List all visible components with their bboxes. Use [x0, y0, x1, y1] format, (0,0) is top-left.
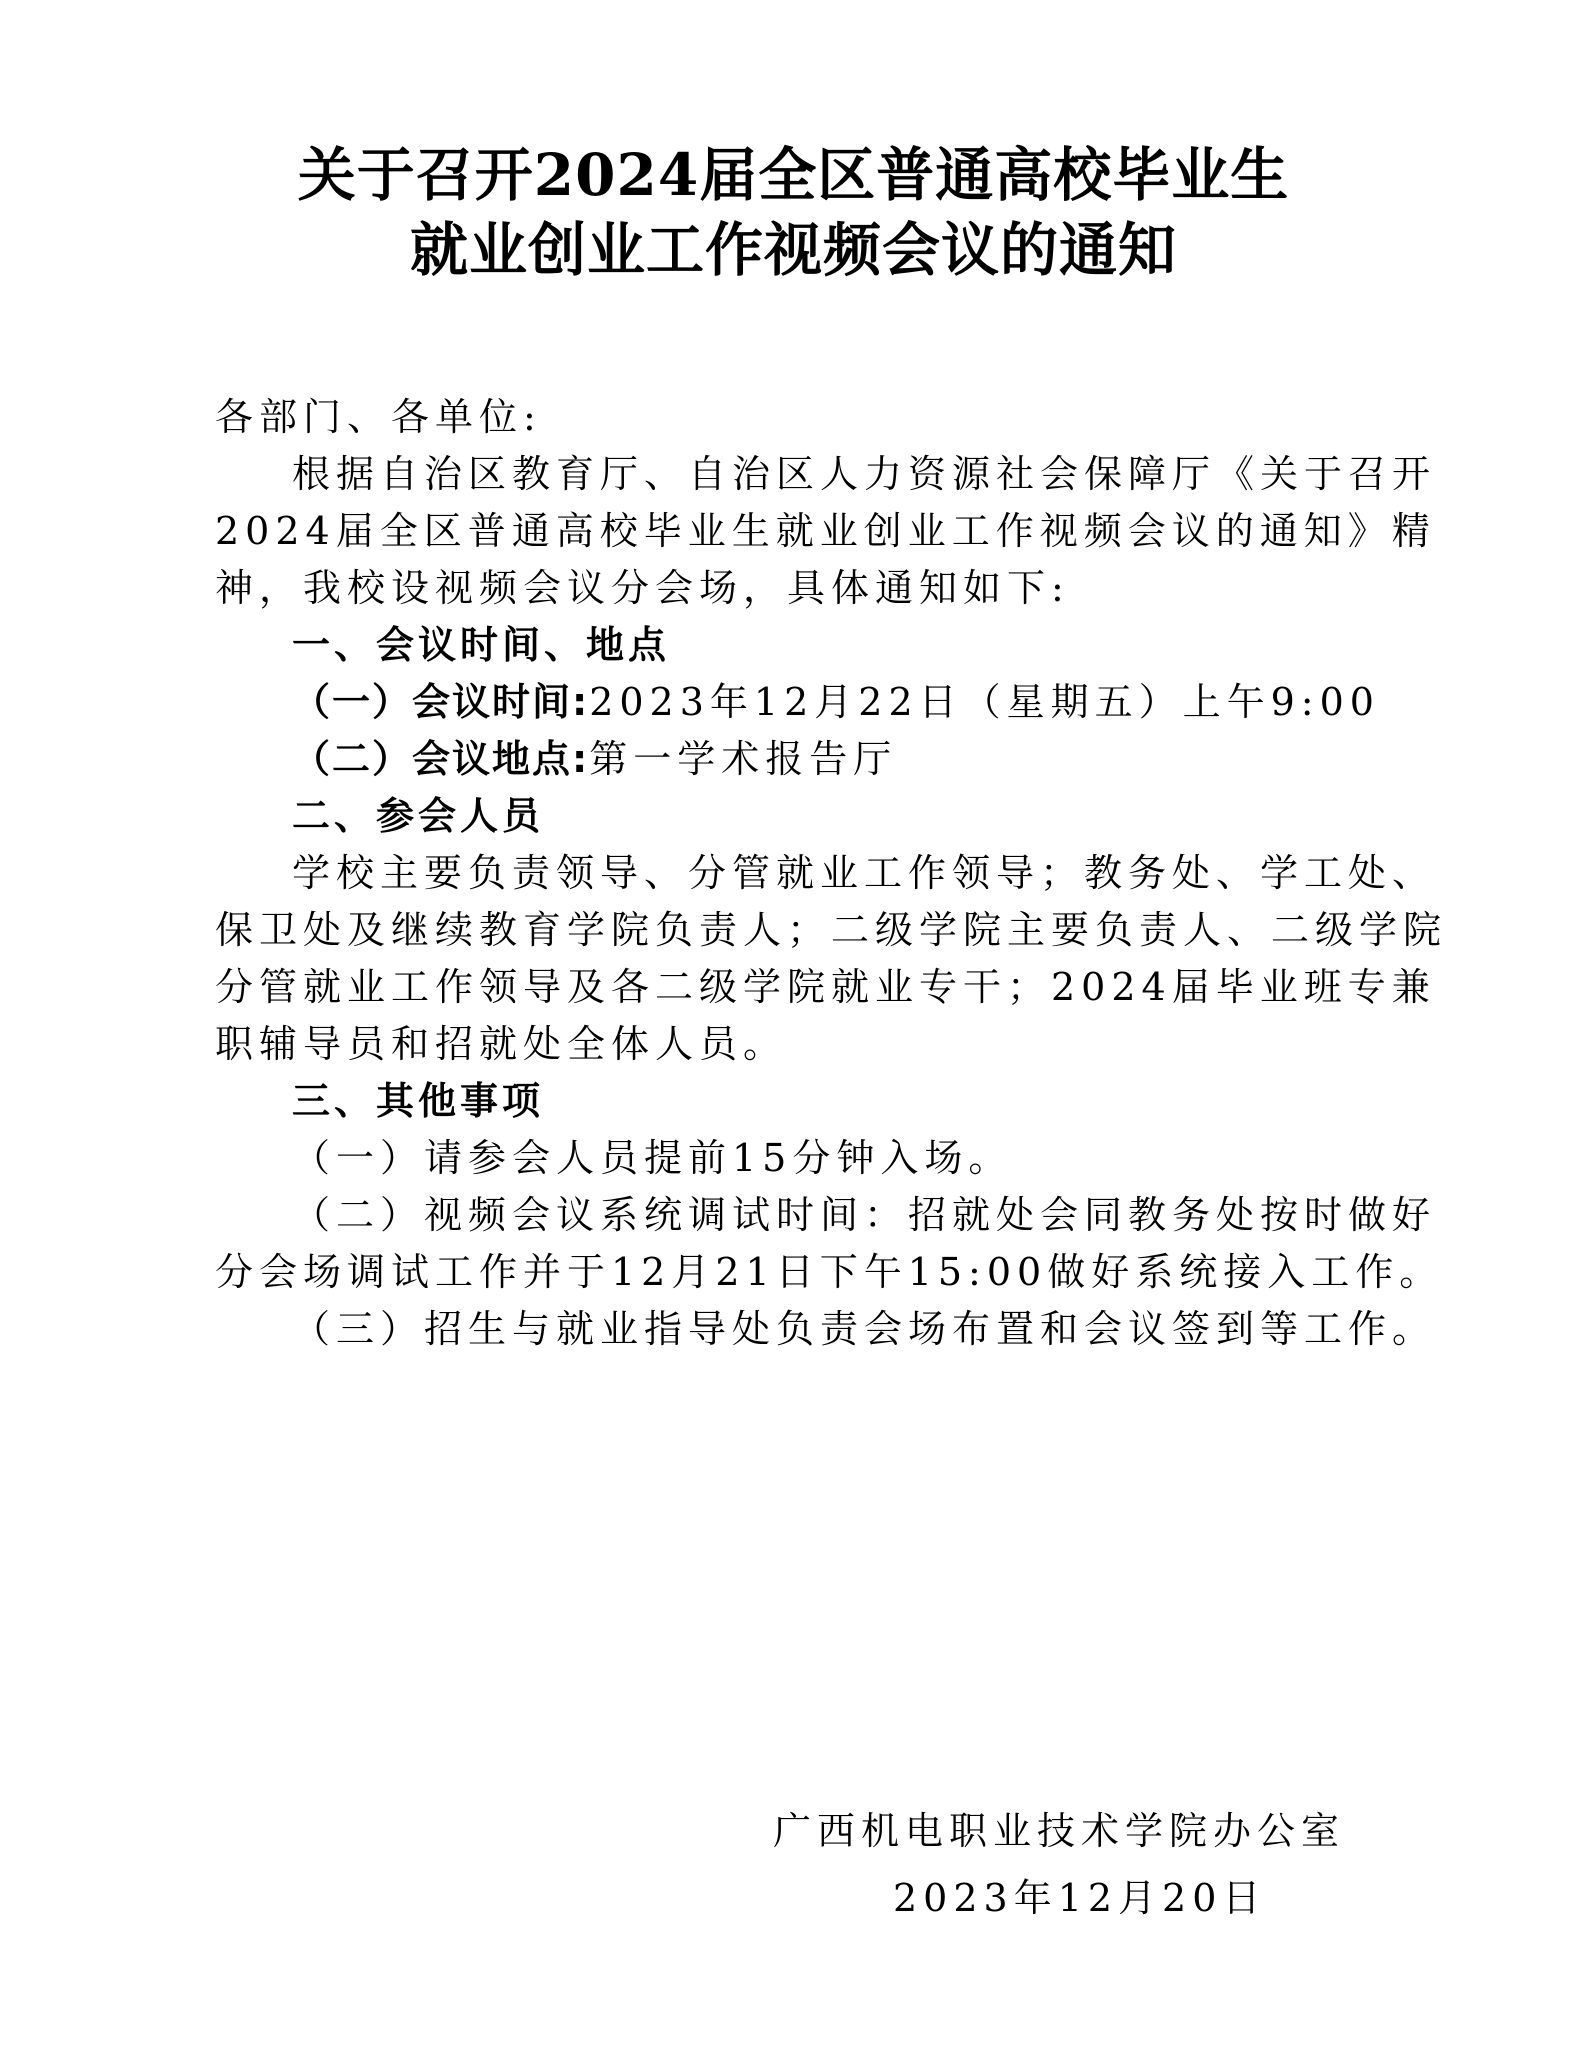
- document-title-line-2: 就业创业工作视频会议的通知: [0, 212, 1587, 288]
- section-2-heading: 二、参会人员: [292, 791, 1402, 841]
- section-1-heading: 一、会议时间、地点: [292, 620, 1402, 670]
- intro-line-1: 根据自治区教育厅、自治区人力资源社会保障厅《关于召开: [292, 449, 1402, 499]
- other-item-2-line-2: 分会场调试工作并于12月21日下午15:00做好系统接入工作。: [215, 1247, 1395, 1297]
- meeting-location-label: （二）会议地点:: [292, 737, 589, 781]
- other-item-1: （一）请参会人员提前15分钟入场。: [292, 1133, 1402, 1183]
- issue-date: 2023年12月20日: [893, 1873, 1266, 1923]
- attendees-line-1: 学校主要负责领导、分管就业工作领导；教务处、学工处、: [292, 848, 1402, 898]
- document-title-line-1: 关于召开2024届全区普通高校毕业生: [0, 137, 1587, 213]
- intro-line-2: 2024届全区普通高校毕业生就业创业工作视频会议的通知》精: [215, 506, 1395, 556]
- issuer-signature: 广西机电职业技术学院办公室: [773, 1806, 1345, 1856]
- meeting-time-value: 2023年12月22日（星期五）上午9:00: [589, 680, 1380, 724]
- attendees-line-4: 职辅导员和招就处全体人员。: [215, 1019, 1395, 1069]
- section-3-heading: 三、其他事项: [292, 1076, 1402, 1126]
- meeting-time-label: （一）会议时间:: [292, 680, 589, 724]
- attendees-line-2: 保卫处及继续教育学院负责人；二级学院主要负责人、二级学院: [215, 905, 1395, 955]
- meeting-location-row: （二）会议地点:第一学术报告厅: [292, 734, 1402, 784]
- attendees-line-3: 分管就业工作领导及各二级学院就业专干；2024届毕业班专兼: [215, 962, 1395, 1012]
- other-item-3: （三）招生与就业指导处负责会场布置和会议签到等工作。: [292, 1304, 1402, 1354]
- document-page: 关于召开2024届全区普通高校毕业生 就业创业工作视频会议的通知 各部门、各单位…: [0, 0, 1587, 2068]
- intro-line-3: 神，我校设视频会议分会场，具体通知如下:: [215, 563, 1395, 613]
- salutation: 各部门、各单位:: [215, 392, 1395, 442]
- meeting-location-value: 第一学术报告厅: [589, 737, 897, 781]
- other-item-2-line-1: （二）视频会议系统调试时间：招就处会同教务处按时做好: [292, 1190, 1402, 1240]
- meeting-time-row: （一）会议时间:2023年12月22日（星期五）上午9:00: [292, 677, 1402, 727]
